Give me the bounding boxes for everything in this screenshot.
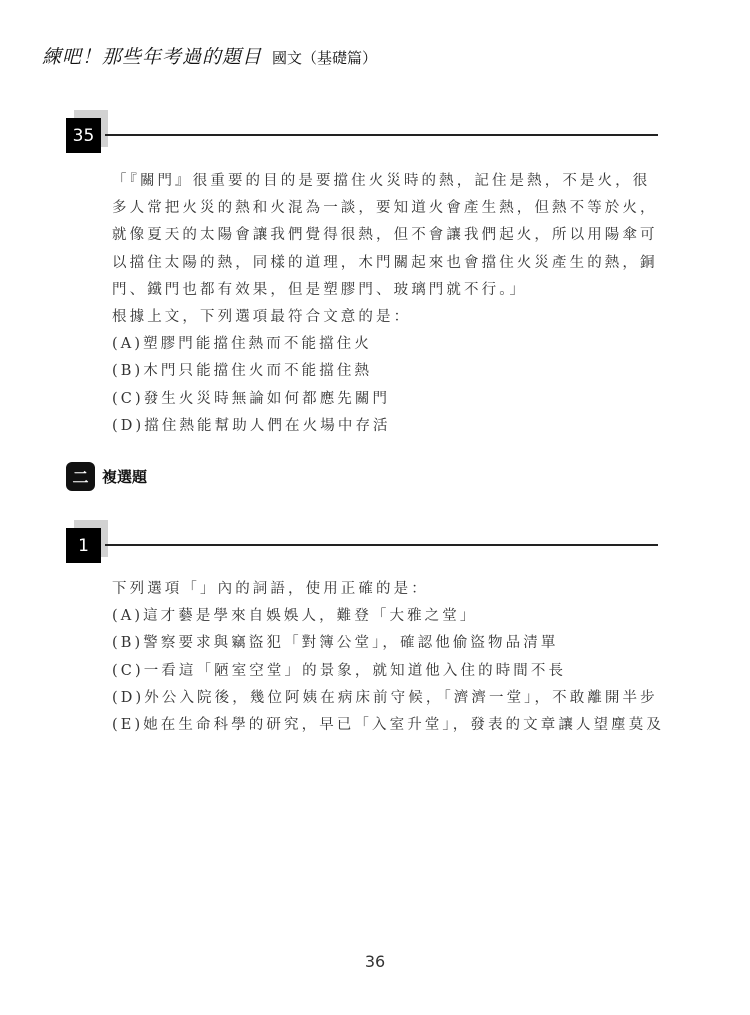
option-b: (B)警察要求與竊盜犯「對簿公堂」，確認他偷盜物品清單 [112,630,662,657]
question-number-box: 35 [66,118,101,153]
book-title: 練吧！那些年考過的題目 [42,42,262,69]
divider-line [105,544,658,546]
option-b: (B)木門只能擋住火而不能擋住熱 [112,358,662,385]
option-d: (D)外公入院後，幾位阿姨在病床前守候，「濟濟一堂」，不敢離開半步 [112,685,662,712]
option-c: (C)發生火災時無論如何都應先關門 [112,386,662,413]
passage-line: 「『關門』很重要的目的是要擋住火災時的熱，記住是熱，不是火，很 [112,168,662,195]
section-number-badge: 二 [66,462,95,491]
passage-line: 門、鐵門也都有效果，但是塑膠門、玻璃門就不行。」 [112,277,662,304]
question-1-body: 下列選項「」內的詞語，使用正確的是： (A)這才藝是學來自娛娛人，難登「大雅之堂… [112,576,662,739]
passage-line: 多人常把火災的熱和火混為一談，要知道火會產生熱，但熱不等於火， [112,195,662,222]
passage-line: 以擋住太陽的熱，同樣的道理，木門關起來也會擋住火災產生的熱，銅 [112,250,662,277]
section-heading: 二 複選題 [66,462,147,491]
question-35-body: 「『關門』很重要的目的是要擋住火災時的熱，記住是熱，不是火，很 多人常把火災的熱… [112,168,662,440]
section-title: 複選題 [102,466,147,487]
question-header-35: 35 [66,110,666,155]
option-c: (C)一看這「陋室空堂」的景象，就知道他入住的時間不長 [112,658,662,685]
page-number: 36 [0,952,750,971]
option-a: (A)塑膠門能擋住熱而不能擋住火 [112,331,662,358]
option-d: (D)擋住熱能幫助人們在火場中存活 [112,413,662,440]
question-number-box: 1 [66,528,101,563]
subject-title: 國文（基礎篇） [272,47,377,68]
question-prompt: 下列選項「」內的詞語，使用正確的是： [112,576,662,603]
option-e: (E)她在生命科學的研究，早已「入室升堂」，發表的文章讓人望塵莫及 [112,712,662,739]
question-header-1: 1 [66,520,666,565]
running-header: 練吧！那些年考過的題目 國文（基礎篇） [42,42,377,69]
passage-line: 就像夏天的太陽會讓我們覺得很熱，但不會讓我們起火，所以用陽傘可 [112,222,662,249]
question-prompt: 根據上文，下列選項最符合文意的是： [112,304,662,331]
divider-line [105,134,658,136]
option-a: (A)這才藝是學來自娛娛人，難登「大雅之堂」 [112,603,662,630]
